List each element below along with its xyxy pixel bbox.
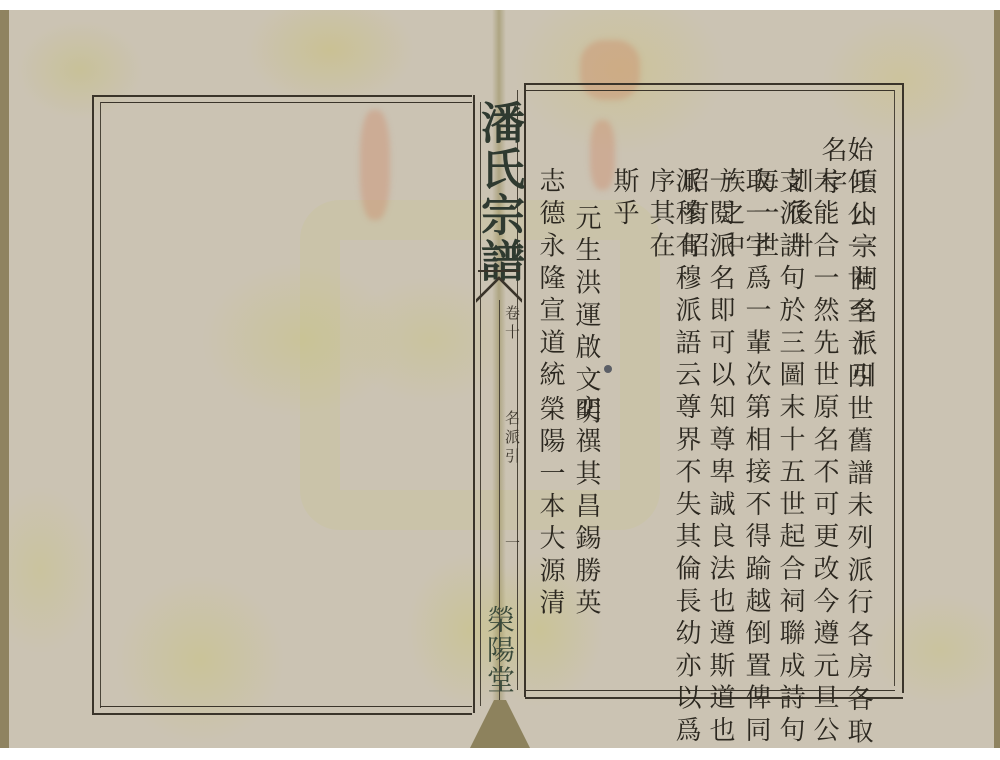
text-column-6: 派穆有穆派語云尊界不失其倫長幼亦以爲序其在 — [647, 167, 699, 760]
poem-line-2-lower: 榮陽一本大源清 — [537, 395, 563, 621]
left-frame-left-inner — [100, 102, 101, 708]
right-frame-top-outer — [525, 83, 903, 85]
right-frame-right-inner — [894, 90, 895, 686]
spine-section-title: 名派引 — [504, 410, 519, 467]
left-frame-bottom-inner — [100, 706, 472, 707]
red-stain — [580, 40, 640, 100]
fishtail-bar — [478, 270, 520, 272]
red-stain — [360, 110, 390, 220]
spine-hall-name: 榮陽堂 — [485, 605, 513, 695]
spine-book-title: 潘氏宗譜 — [476, 100, 520, 284]
left-frame-top-outer — [92, 95, 472, 97]
right-frame-right-outer — [902, 83, 904, 693]
spine-page-number: 一 — [504, 535, 519, 554]
spine-border-right — [524, 83, 526, 697]
spine-volume: 卷十 — [504, 305, 519, 343]
right-frame-top-inner — [525, 90, 895, 91]
poem-line-1-lower: 奕禩其昌錫勝英 — [573, 395, 599, 621]
page-left-edge — [0, 10, 9, 748]
left-frame-left-outer — [92, 95, 94, 715]
ink-spot — [604, 365, 612, 373]
fishtail-ornament — [476, 275, 522, 305]
left-frame-top-inner — [100, 102, 472, 103]
page-right-edge — [994, 10, 1000, 748]
poem-line-2-upper: 志德永隆宣道統 — [537, 167, 563, 393]
text-column-7: 斯乎 — [611, 167, 637, 232]
left-frame-bottom-outer — [92, 713, 472, 715]
